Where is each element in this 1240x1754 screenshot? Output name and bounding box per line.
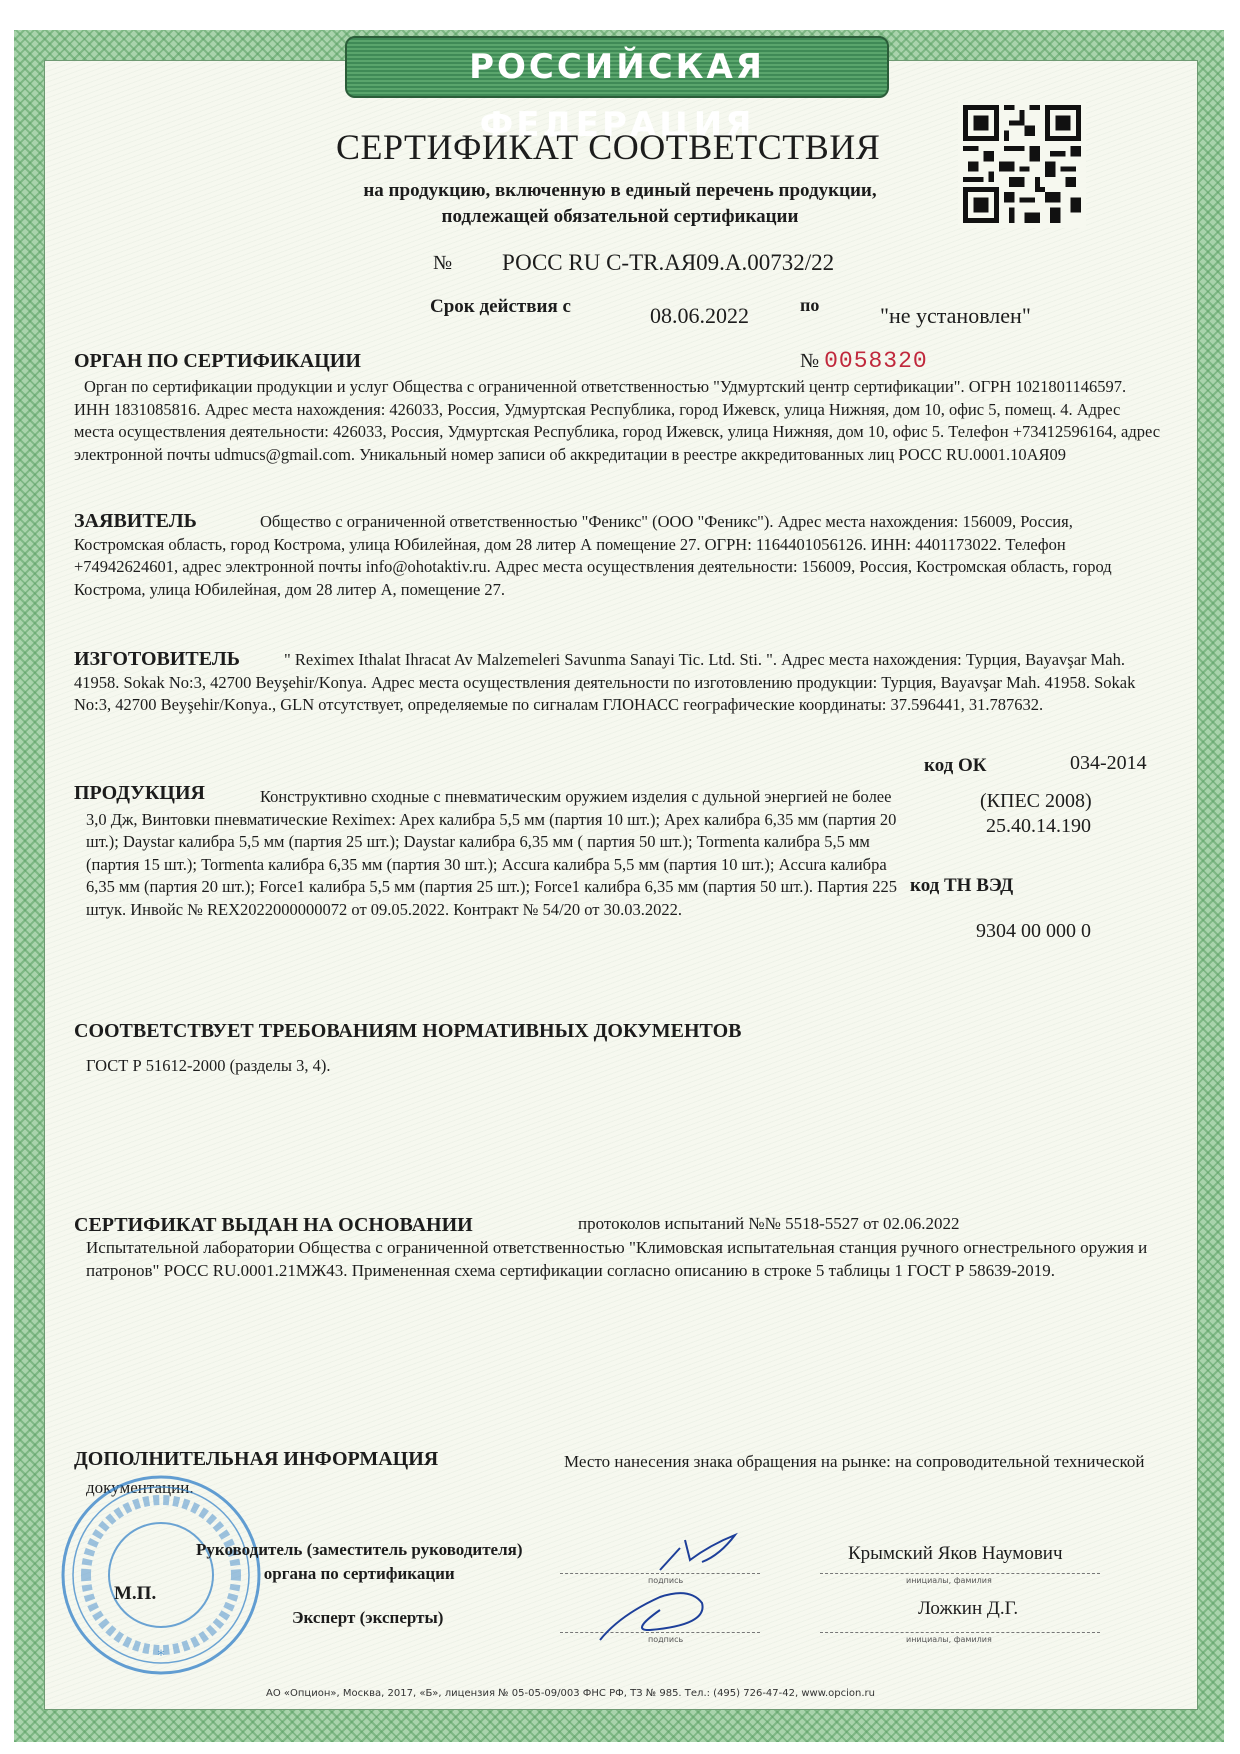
validity-label: Срок действия с: [430, 296, 571, 318]
basis-text: Испытательной лаборатории Общества с огр…: [86, 1237, 1166, 1282]
valid-to-value: "не установлен": [880, 303, 1031, 329]
tnved-code-value: 9304 00 000 0: [976, 920, 1091, 943]
basis-title: СЕРТИФИКАТ ВЫДАН НА ОСНОВАНИИ: [74, 1214, 473, 1237]
form-serial-label: №: [800, 350, 819, 372]
ok-code-value: 25.40.14.190: [986, 815, 1091, 838]
svg-text:*: *: [158, 1648, 165, 1664]
certification-body-title: ОРГАН ПО СЕРТИФИКАЦИИ: [74, 350, 361, 373]
document-title: СЕРТИФИКАТ СООТВЕТСТВИЯ: [336, 126, 880, 168]
ok-code-classifier: (КПЕС 2008): [980, 790, 1092, 813]
product-text: Конструктивно сходные с пневматическим о…: [86, 786, 904, 921]
head-signatory-label: Руководитель (заместитель руководителя) …: [196, 1538, 523, 1586]
country-banner: РОССИЙСКАЯ ФЕДЕРАЦИЯ: [345, 36, 889, 98]
head-signature-icon: [640, 1530, 790, 1580]
expert-name-line: [820, 1632, 1100, 1633]
stamp-placeholder-label: М.П.: [114, 1583, 156, 1605]
conforms-text: ГОСТ Р 51612-2000 (разделы 3, 4).: [86, 1056, 330, 1076]
tnved-code-label: код ТН ВЭД: [910, 875, 1013, 897]
expert-signature-icon: [590, 1585, 740, 1645]
form-serial: № 0058320: [800, 348, 928, 374]
head-label-line-2: органа по сертификации: [196, 1562, 523, 1586]
certificate-number-label: №: [433, 252, 452, 275]
ok-code-standard: 034-2014: [1070, 752, 1147, 775]
document-subtitle: на продукцию, включенную в единый перече…: [300, 178, 940, 230]
manufacturer-text: " Reximex Ithalat Ihracat Av Malzemeleri…: [74, 649, 1164, 717]
printer-imprint: АО «Опцион», Москва, 2017, «Б», лицензия…: [266, 1688, 875, 1699]
head-name-caption: инициалы, фамилия: [906, 1576, 992, 1585]
applicant-text: Общество с ограниченной ответственностью…: [74, 511, 1154, 601]
head-label-line-1: Руководитель (заместитель руководителя): [196, 1538, 523, 1562]
ok-code-label: код ОК: [924, 755, 987, 777]
subtitle-line-2: подлежащей обязательной сертификации: [300, 204, 940, 230]
certificate-number: РОСС RU C-TR.АЯ09.А.00732/22: [502, 250, 834, 276]
head-signatory-name: Крымский Яков Наумович: [848, 1543, 1063, 1565]
expert-name-caption: инициалы, фамилия: [906, 1635, 992, 1644]
form-serial-number: 0058320: [824, 348, 928, 374]
certification-body-text: Орган по сертификации продукции и услуг …: [74, 376, 1164, 466]
conforms-title: СООТВЕТСТВУЕТ ТРЕБОВАНИЯМ НОРМАТИВНЫХ ДО…: [74, 1020, 742, 1043]
head-name-line: [820, 1573, 1100, 1574]
qr-code-icon: [958, 100, 1086, 228]
expert-signatory-name: Ложкин Д.Г.: [918, 1598, 1018, 1620]
basis-lead: протоколов испытаний №№ 5518-5527 от 02.…: [578, 1214, 959, 1234]
subtitle-line-1: на продукцию, включенную в единый перече…: [300, 178, 940, 204]
valid-to-label: по: [800, 295, 819, 316]
valid-from-date: 08.06.2022: [650, 303, 749, 329]
expert-signatory-label: Эксперт (эксперты): [292, 1608, 443, 1628]
